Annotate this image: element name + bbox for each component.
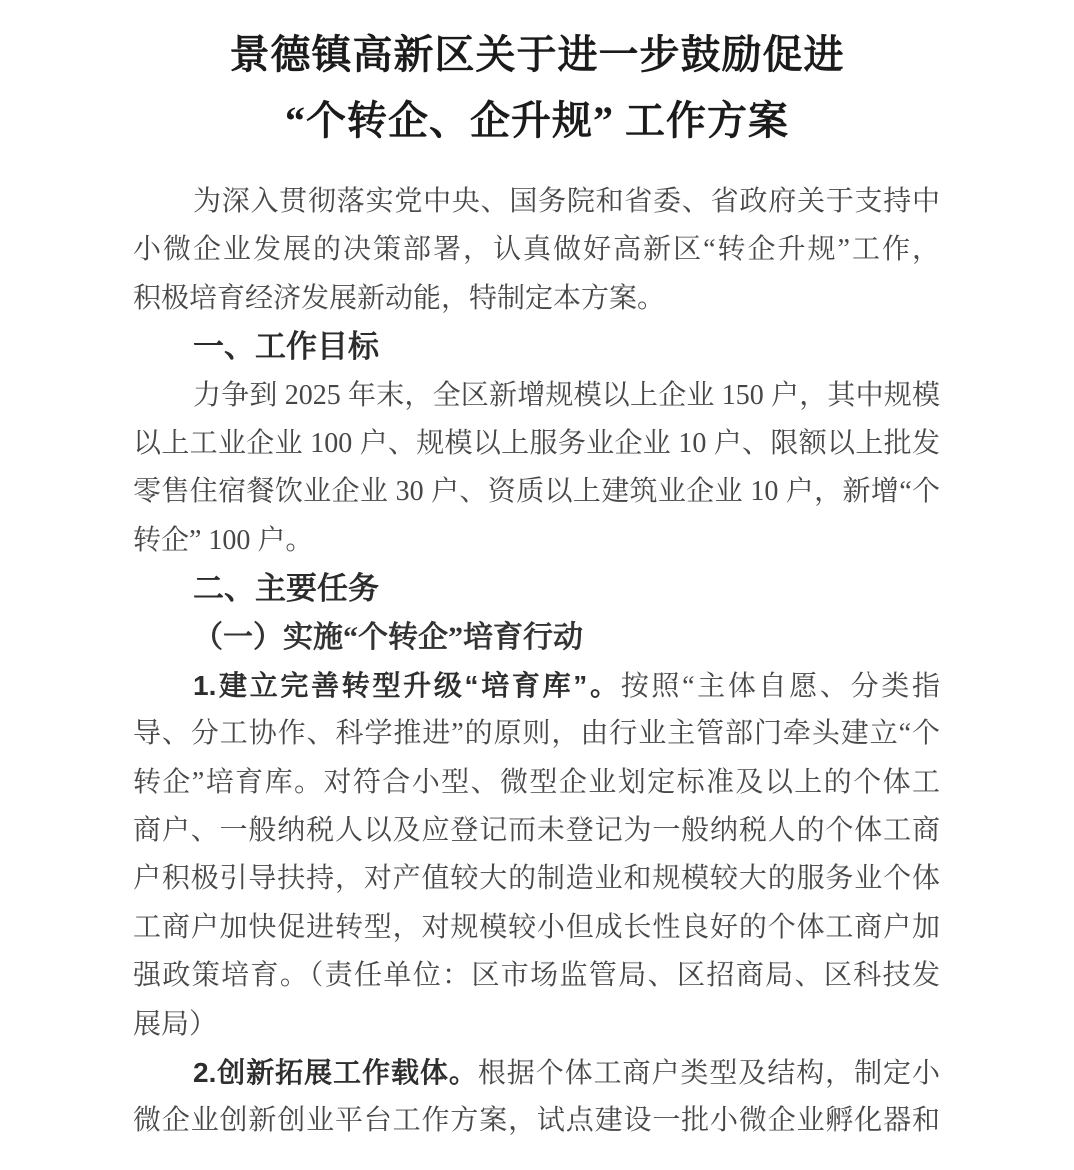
task2-line-2: 微企业创新创业平台工作方案，试点建设一批小微企业孵化器和 [133,1097,940,1145]
task1-line-2: 导、分工协作、科学推进”的原则，由行业主管部门牵头建立“个 [133,710,940,758]
task1-line-5: 户积极引导扶持，对产值较大的制造业和规模较大的服务业个体 [133,855,940,903]
title-line-2: “个转企、企升规” 工作方案 [0,88,1074,154]
intro-line-2: 小微企业发展的决策部署，认真做好高新区“转企升规”工作， [133,226,940,274]
intro-line-3: 积极培育经济发展新动能，特制定本方案。 [133,275,940,323]
task2-line-1-rest: 根据个体工商户类型及结构，制定小 [478,1058,940,1089]
task1-line-4: 商户、一般纳税人以及应登记而未登记为一般纳税人的个体工商 [133,807,940,855]
task1-line-8: 展局） [133,1001,940,1049]
task2-line-1: 2.创新拓展工作载体。根据个体工商户类型及结构，制定小 [133,1049,940,1097]
section1-line-4: 转企” 100 户。 [133,517,940,565]
task1-line-6: 工商户加快促进转型，对规模较小但成长性良好的个体工商户加 [133,904,940,952]
task1-line-1: 1.建立完善转型升级“培育库”。按照“主体自愿、分类指 [133,662,940,710]
section1-line-1: 力争到 2025 年末，全区新增规模以上企业 150 户，其中规模 [133,372,940,420]
task1-bold-lead: 1.建立完善转型升级“培育库”。 [193,670,621,701]
intro-line-1: 为深入贯彻落实党中央、国务院和省委、省政府关于支持中 [133,178,940,226]
title-line-1: 景德镇高新区关于进一步鼓励促进 [0,22,1074,88]
section1-line-3: 零售住宿餐饮业企业 30 户、资质以上建筑业企业 10 户，新增“个 [133,468,940,516]
section2-heading: 二、主要任务 [133,565,940,613]
section1-line-2: 以上工业企业 100 户、规模以上服务业企业 10 户、限额以上批发 [133,420,940,468]
document-title: 景德镇高新区关于进一步鼓励促进 “个转企、企升规” 工作方案 [0,22,1074,154]
task1-line-3: 转企”培育库。对符合小型、微型企业划定标准及以上的个体工 [133,759,940,807]
document-body: 为深入贯彻落实党中央、国务院和省委、省政府关于支持中 小微企业发展的决策部署，认… [133,178,940,1146]
section2-sub1-heading: （一）实施“个转企”培育行动 [133,614,940,662]
section1-heading: 一、工作目标 [133,323,940,371]
document-page: 景德镇高新区关于进一步鼓励促进 “个转企、企升规” 工作方案 为深入贯彻落实党中… [0,0,1074,1170]
task1-line-7: 强政策培育。（责任单位：区市场监管局、区招商局、区科技发 [133,952,940,1000]
task2-bold-lead: 2.创新拓展工作载体。 [193,1057,478,1088]
task1-line-1-rest: 按照“主体自愿、分类指 [621,671,940,702]
